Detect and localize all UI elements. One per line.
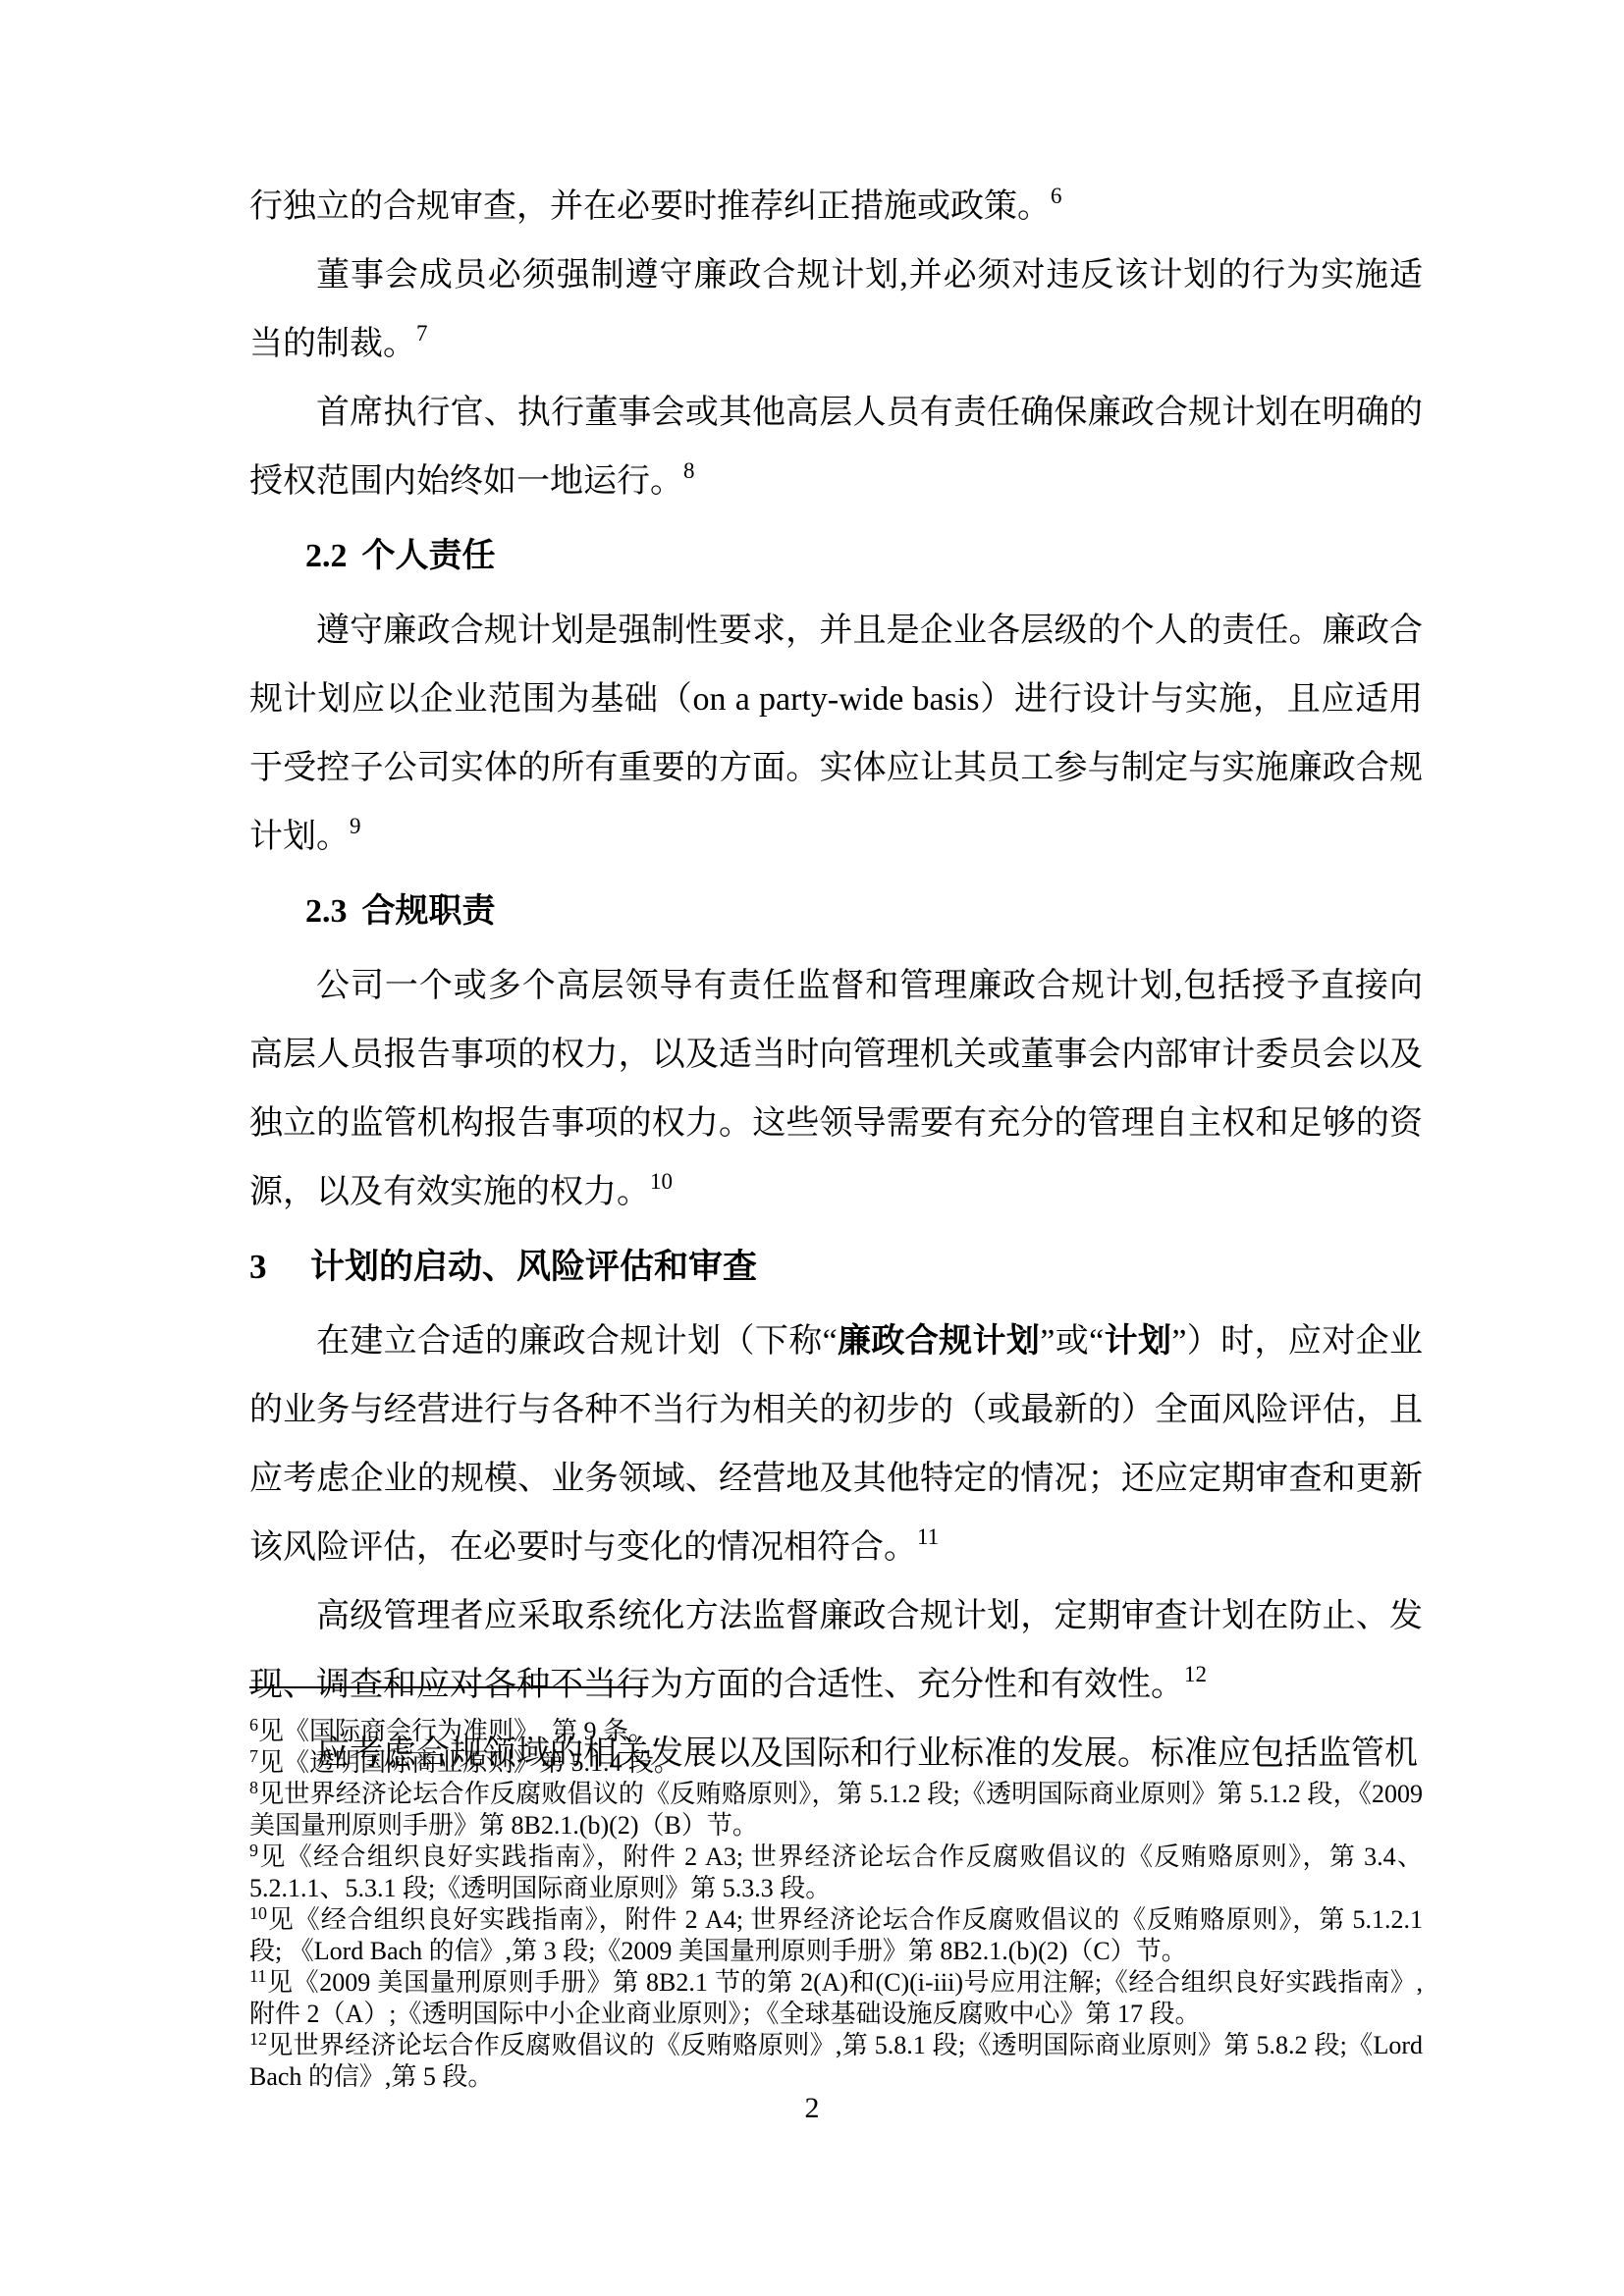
footnote-reference: 8 [683,458,695,483]
footnote-text: 见《透明国际商业原则》第 5.1.4 段。 [258,1748,679,1777]
footnote-area: 6见《国际商会行为准则》，第 9 条。7见《透明国际商业原则》第 5.1.4 段… [249,1686,1423,2093]
footnote-item: 7见《透明国际商业原则》第 5.1.4 段。 [249,1747,1423,1779]
footnote-reference: 9 [350,814,361,838]
footnote-item: 6见《国际商会行为准则》，第 9 条。 [249,1716,1423,1747]
heading-number: 2.3 [305,893,348,930]
footnote-number: 12 [249,2029,267,2049]
footnote-item: 10见《经合组织良好实践指南》，附件 2 A4; 世界经济论坛合作反腐败倡议的《… [249,1904,1423,1967]
text-run: 遵守廉政合规计划是强制性要求，并且是企业各层级的个人的责任。廉政合规计划应以企业… [249,613,1423,855]
footnote-text: 见《2009 美国量刑原则手册》第 8B2.1 节的第 2(A)和(C)(i-i… [249,1968,1423,2028]
text-run: 首席执行官、执行董事会或其他高层人员有责任确保廉政合规计划在明确的授权范围内始终… [249,395,1423,500]
text-run: ”或“ [1040,1323,1104,1360]
paragraph: 首席执行官、执行董事会或其他高层人员有责任确保廉政合规计划在明确的授权范围内始终… [249,379,1423,516]
footnote-text: 见《经合组织良好实践指南》，附件 2 A4; 世界经济论坛合作反腐败倡议的《反贿… [249,1905,1423,1965]
footnote-separator [249,1686,648,1688]
text-run: 廉政合规计划 [838,1323,1041,1360]
subsection-heading: 2.2个人责任 [305,522,1423,591]
footnote-item: 8见世界经济论坛合作反腐败倡议的《反贿赂原则》，第 5.1.2 段;《透明国际商… [249,1779,1423,1842]
footnote-text: 见《经合组织良好实践指南》，附件 2 A3; 世界经济论坛合作反腐败倡议的《反贿… [249,1842,1423,1902]
heading-text: 个人责任 [362,538,496,574]
paragraph: 公司一个或多个高层领导有责任监督和管理廉政合规计划,包括授予直接向高层人员报告事… [249,952,1423,1227]
footnote-list: 6见《国际商会行为准则》，第 9 条。7见《透明国际商业原则》第 5.1.4 段… [249,1716,1423,2093]
footnote-number: 7 [249,1746,258,1766]
paragraph: 在建立合适的廉政合规计划（下称“廉政合规计划”或“计划”）时，应对企业的业务与经… [249,1308,1423,1582]
text-run: 在建立合适的廉政合规计划（下称“ [316,1323,838,1360]
footnote-text: 见世界经济论坛合作反腐败倡议的《反贿赂原则》,第 5.8.1 段;《透明国际商业… [249,2031,1423,2091]
text-run: ”）时，应对企业的业务与经营进行与各种不当行为相关的初步的（或最新的）全面风险评… [249,1323,1423,1566]
footnote-text: 见世界经济论坛合作反腐败倡议的《反贿赂原则》，第 5.1.2 段;《透明国际商业… [249,1780,1423,1840]
footnote-number: 6 [249,1715,258,1735]
footnote-text: 见《国际商会行为准则》，第 9 条。 [258,1717,654,1745]
document-page: 行独立的合规审查，并在必要时推荐纠正措施或政策。6董事会成员必须强制遵守廉政合规… [0,0,1624,2296]
footnote-reference: 11 [917,1524,939,1549]
page-number: 2 [0,2091,1624,2126]
footnote-reference: 7 [416,321,428,346]
footnote-reference: 6 [1051,184,1062,208]
heading-text: 合规职责 [362,893,496,930]
paragraph: 遵守廉政合规计划是强制性要求，并且是企业各层级的个人的责任。廉政合规计划应以企业… [249,597,1423,872]
footnote-number: 9 [249,1841,258,1860]
footnote-number: 11 [249,1966,266,1986]
text-run: 行独立的合规审查，并在必要时推荐纠正措施或政策。 [249,188,1051,225]
footnote-item: 11见《2009 美国量刑原则手册》第 8B2.1 节的第 2(A)和(C)(i… [249,1967,1423,2030]
heading-text: 计划的启动、风险评估和审查 [310,1248,757,1286]
heading-number: 3 [249,1233,310,1302]
document-body: 行独立的合规审查，并在必要时推荐纠正措施或政策。6董事会成员必须强制遵守廉政合规… [249,173,1423,1789]
paragraph: 董事会成员必须强制遵守廉政合规计划,并必须对违反该计划的行为实施适当的制裁。7 [249,241,1423,379]
footnote-number: 8 [249,1778,258,1797]
text-run: 董事会成员必须强制遵守廉政合规计划,并必须对违反该计划的行为实施适当的制裁。 [249,257,1423,362]
heading-number: 2.2 [305,538,348,574]
subsection-heading: 2.3合规职责 [305,878,1423,946]
footnote-reference: 12 [1184,1662,1207,1686]
footnote-reference: 10 [650,1169,673,1194]
text-run: 公司一个或多个高层领导有责任监督和管理廉政合规计划,包括授予直接向高层人员报告事… [249,968,1423,1210]
section-heading: 3计划的启动、风险评估和审查 [249,1233,1423,1302]
footnote-item: 12见世界经济论坛合作反腐败倡议的《反贿赂原则》,第 5.8.1 段;《透明国际… [249,2030,1423,2093]
text-run: 计划 [1104,1323,1171,1360]
footnote-number: 10 [249,1903,267,1923]
paragraph: 行独立的合规审查，并在必要时推荐纠正措施或政策。6 [249,173,1423,241]
footnote-item: 9见《经合组织良好实践指南》，附件 2 A3; 世界经济论坛合作反腐败倡议的《反… [249,1842,1423,1904]
